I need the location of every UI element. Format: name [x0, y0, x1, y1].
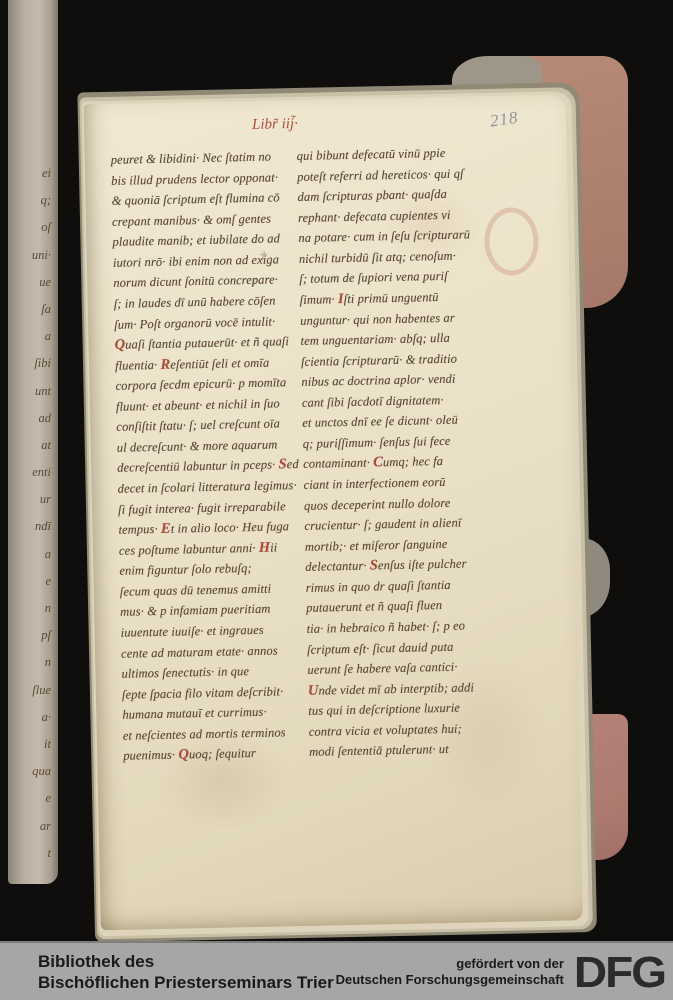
- facing-page-text-fragment: e: [32, 568, 51, 595]
- manuscript-column-2: qui bibunt defecatū vinū ppiepoteſt refe…: [297, 142, 498, 763]
- facing-page-text-fragment: ur: [32, 486, 51, 513]
- facing-page-text-fragment: it: [32, 731, 51, 758]
- facing-page-text-fragment: t: [32, 840, 51, 867]
- facing-page-text-fragment: e: [32, 785, 51, 812]
- manuscript-line: cente ad maturam etate· annos: [121, 640, 293, 664]
- facing-page-text-fragment: unt: [32, 378, 51, 405]
- funding-credit: gefördert von der Deutschen Forschungsge…: [336, 949, 665, 995]
- funding-credit-line2: Deutschen Forschungsgemeinschaft: [336, 972, 564, 988]
- show-through-initial-ring: [484, 207, 539, 276]
- facing-page-text-fragment: ue: [32, 269, 51, 296]
- facing-page-text-fragment: a: [32, 323, 51, 350]
- facing-page-text-fragment: ſlue: [32, 677, 51, 704]
- dfg-logo: DFG: [574, 950, 665, 994]
- facing-page-text-fragment: uni·: [32, 242, 51, 269]
- rubricated-initial: Q: [178, 747, 189, 763]
- facing-page-text-fragment: q;: [32, 187, 51, 214]
- manuscript-line: delectantur· Senſus iſte pulcher: [305, 553, 493, 577]
- manuscript-line: ſepte ſpacia filo vitam deſcribit·: [122, 681, 294, 705]
- facing-page-text-fragment: ar: [32, 813, 51, 840]
- facing-page-edge: eiq;oſuni·ueſaaſibiuntadatentiurndīaenpſ…: [8, 0, 58, 884]
- rubricated-initial: H: [259, 539, 271, 555]
- manuscript-column-1: peuret & libidini· Nec ſtatim nobis illu…: [111, 146, 296, 766]
- facing-page-text-fragment: ſibi: [32, 350, 51, 377]
- facing-page-text-fragment: a: [32, 541, 51, 568]
- manuscript-line: ſ; in laudes dī unū habere cōſen: [114, 290, 286, 314]
- facing-page-text-fragment: pſ: [32, 622, 51, 649]
- manuscript-line: poteſt referri ad hereticos· qui qſ: [297, 163, 485, 187]
- library-name-line2: Bischöflichen Priesterseminars Trier: [38, 972, 334, 993]
- manuscript-line: mus· & p infamiam pueritiam: [120, 599, 292, 623]
- funding-credit-line1: gefördert von der: [336, 956, 564, 972]
- rubricated-initial: U: [308, 682, 319, 698]
- manuscript-scan: eiq;oſuni·ueſaaſibiuntadatentiurndīaenpſ…: [0, 0, 673, 1000]
- facing-page-text-fragment: ad: [32, 405, 51, 432]
- rubricated-initial: R: [160, 356, 170, 372]
- facing-page-text-fragment: ei: [32, 160, 51, 187]
- manuscript-line: ces poſtume labuntur anni· Hii: [119, 537, 291, 561]
- rubricated-initial: Q: [114, 337, 125, 353]
- book-rubric-heading: Libr̃ iij̃·: [252, 116, 298, 134]
- funding-credit-text: gefördert von der Deutschen Forschungsge…: [336, 956, 564, 988]
- facing-page-text-fragment: ndī: [32, 513, 51, 540]
- manuscript-line: et neſcientes ad mortis terminos: [123, 722, 295, 746]
- facing-page-text-fragment: at: [32, 432, 51, 459]
- book-block: Libr̃ iij̃· 218 ✝ s peuret & libidini· N…: [84, 94, 583, 930]
- rubricated-initial: C: [373, 455, 383, 471]
- manuscript-line: puenimus· Quoq; ſequitur: [123, 742, 295, 766]
- footer-credit-bar: Bibliothek des Bischöflichen Priestersem…: [0, 941, 673, 1000]
- library-credit: Bibliothek des Bischöflichen Priestersem…: [38, 951, 334, 993]
- library-name-line1: Bibliothek des: [38, 951, 334, 972]
- facing-page-text-fragment: n: [32, 595, 51, 622]
- folio-number: 218: [489, 108, 520, 132]
- manuscript-line: na potare· cum in ſeſu ſcripturarū: [298, 224, 486, 248]
- manuscript-page: Libr̃ iij̃· 218 ✝ s peuret & libidini· N…: [84, 94, 583, 930]
- facing-page-fragments: eiq;oſuni·ueſaaſibiuntadatentiurndīaenpſ…: [32, 160, 51, 867]
- facing-page-text-fragment: ſa: [32, 296, 51, 323]
- manuscript-line: modi ſententiā ptulerunt· ut: [309, 738, 497, 762]
- facing-page-text-fragment: n: [32, 649, 51, 676]
- manuscript-line: Unde videt mī ab interptib; addi: [308, 677, 496, 701]
- facing-page-text-fragment: oſ: [32, 214, 51, 241]
- rubricated-initial: S: [370, 558, 379, 574]
- facing-page-text-fragment: a·: [32, 704, 51, 731]
- facing-page-text-fragment: enti: [32, 459, 51, 486]
- facing-page-text-fragment: qua: [32, 758, 51, 785]
